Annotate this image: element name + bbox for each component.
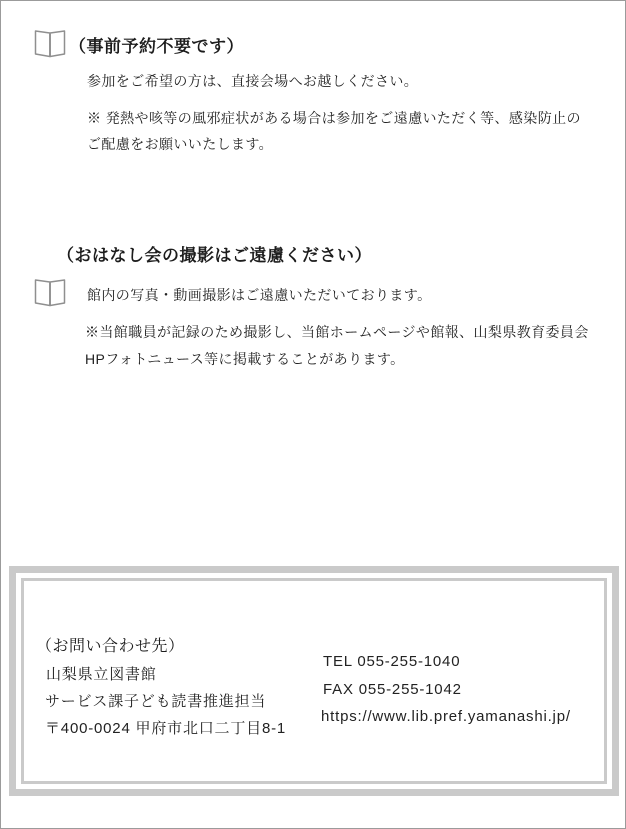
contact-heading: （お問い合わせ先） [36,633,185,656]
paragraph-staff-photo-note-line1: ※当館職員が記録のため撮影し、当館ホームページや館報、山梨県教育委員会 [85,322,589,342]
contact-fax: FAX 055-255-1042 [323,681,462,698]
open-book-icon [33,277,67,309]
contact-url: https://www.lib.pref.yamanashi.jp/ [321,708,571,725]
paragraph-infection-note-line2: ご配慮をお願いいたします。 [87,134,273,154]
contact-tel: TEL 055-255-1040 [323,653,460,670]
contact-box-inner-frame: （お問い合わせ先） 山梨県立図書館 サービス課子ども読書推進担当 〒400-00… [21,578,607,784]
section-heading-no-photography: （おはなし会の撮影はご遠慮ください） [57,241,372,266]
contact-organization: 山梨県立図書館 [46,663,157,684]
paragraph-infection-note-line1: ※ 発熱や咳等の風邪症状がある場合は参加をご遠慮いただく等、感染防止の [87,108,581,128]
contact-box-frame: （お問い合わせ先） 山梨県立図書館 サービス課子ども読書推進担当 〒400-00… [9,566,619,796]
section-heading-no-reservation: （事前予約不要です） [69,32,244,57]
paragraph-come-directly: 参加をご希望の方は、直接会場へお越しください。 [87,71,418,91]
contact-department: サービス課子ども読書推進担当 [45,690,266,711]
paragraph-staff-photo-note-line2: HPフォトニュース等に掲載することがあります。 [85,349,405,369]
contact-address: 〒400-0024 甲府市北口二丁目8-1 [45,717,286,738]
open-book-icon [33,28,67,60]
flyer-page: （事前予約不要です） 参加をご希望の方は、直接会場へお越しください。 ※ 発熱や… [0,0,626,829]
paragraph-no-photo-video: 館内の写真・動画撮影はご遠慮いただいております。 [87,285,431,305]
